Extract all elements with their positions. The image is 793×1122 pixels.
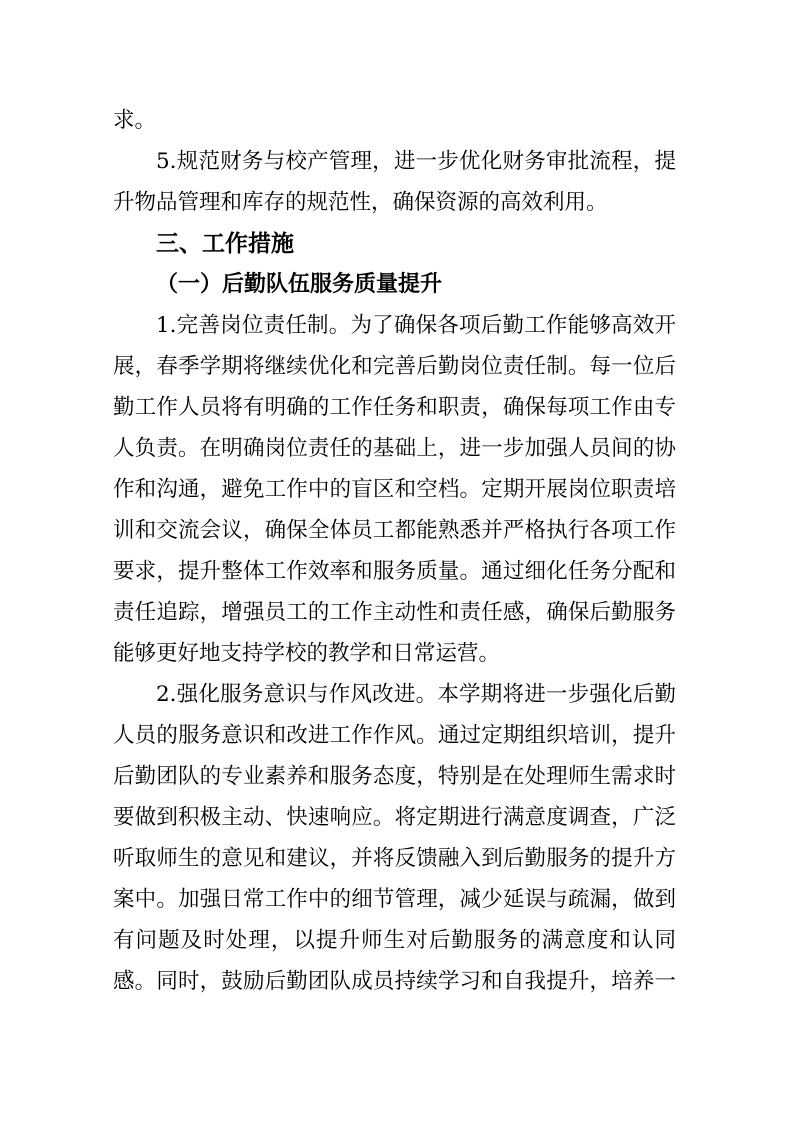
document-body: 求。5.规范财务与校产管理，进一步优化财务审批流程，提升物品管理和库存的规范性，…: [113, 100, 676, 1002]
text-line: 听取师生的意见和建议，并将反馈融入到后勤服务的提升方: [113, 838, 676, 879]
text-line: 勤工作人员将有明确的工作任务和职责，确保每项工作由专: [113, 387, 676, 428]
text-line: 能够更好地支持学校的教学和日常运营。: [113, 633, 676, 674]
subsection-heading: （一）后勤队伍服务质量提升: [113, 264, 676, 305]
text-line: 感。同时，鼓励后勤团队成员持续学习和自我提升，培养一: [113, 961, 676, 1002]
text-line: 案中。加强日常工作中的细节管理，减少延误与疏漏，做到: [113, 879, 676, 920]
text-line: 求。: [113, 100, 676, 141]
text-line: 责任追踪，增强员工的工作主动性和责任感，确保后勤服务: [113, 592, 676, 633]
text-line: 人员的服务意识和改进工作作风。通过定期组织培训，提升: [113, 715, 676, 756]
section-heading: 三、工作措施: [113, 223, 676, 264]
text-line: 要做到积极主动、快速响应。将定期进行满意度调查，广泛: [113, 797, 676, 838]
text-line: 后勤团队的专业素养和服务态度，特别是在处理师生需求时: [113, 756, 676, 797]
text-line: 展，春季学期将继续优化和完善后勤岗位责任制。每一位后: [113, 346, 676, 387]
text-line: 人负责。在明确岗位责任的基础上，进一步加强人员间的协: [113, 428, 676, 469]
text-line: 有问题及时处理，以提升师生对后勤服务的满意度和认同: [113, 920, 676, 961]
text-line: 5.规范财务与校产管理，进一步优化财务审批流程，提: [113, 141, 676, 182]
text-line: 升物品管理和库存的规范性，确保资源的高效利用。: [113, 182, 676, 223]
document-page: 求。5.规范财务与校产管理，进一步优化财务审批流程，提升物品管理和库存的规范性，…: [0, 0, 793, 1122]
text-line: 要求，提升整体工作效率和服务质量。通过细化任务分配和: [113, 551, 676, 592]
text-line: 1.完善岗位责任制。为了确保各项后勤工作能够高效开: [113, 305, 676, 346]
text-line: 2.强化服务意识与作风改进。本学期将进一步强化后勤: [113, 674, 676, 715]
text-line: 训和交流会议，确保全体员工都能熟悉并严格执行各项工作: [113, 510, 676, 551]
text-line: 作和沟通，避免工作中的盲区和空档。定期开展岗位职责培: [113, 469, 676, 510]
